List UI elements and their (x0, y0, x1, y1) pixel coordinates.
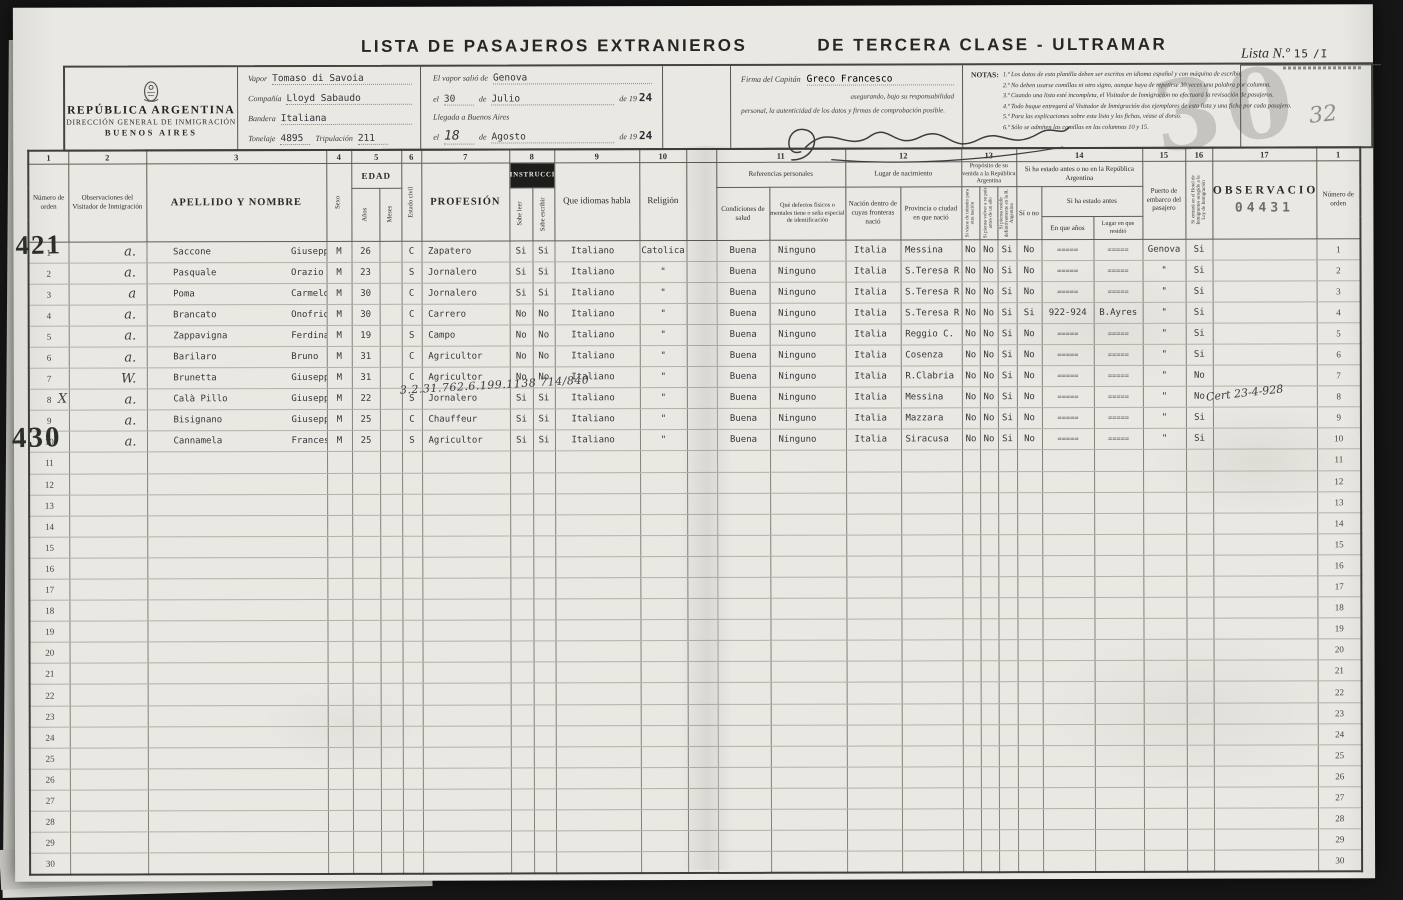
header-meses: Meses (379, 188, 401, 241)
cell-order-number-right: 25 (1318, 745, 1362, 766)
cell-idiomas (555, 493, 640, 514)
cell-si-no (1018, 766, 1043, 787)
cell-religion (640, 451, 687, 472)
cell-observaciones (1214, 618, 1318, 639)
cell-profesion (423, 726, 511, 747)
cell-nacion (847, 704, 902, 725)
cell-estado-civil (402, 494, 422, 515)
cell-observaciones (1213, 491, 1317, 512)
cell-provincia (901, 535, 962, 556)
cell-provincia (902, 788, 963, 809)
cell-salud (717, 556, 770, 577)
cell-estado-civil: C (402, 346, 422, 367)
cell-salud (717, 514, 770, 535)
cell-en-que-anos (1043, 640, 1095, 661)
cell-residir: Si (998, 281, 1017, 302)
cell-seam (688, 852, 718, 873)
cell-lugar-residio (1094, 450, 1143, 471)
cell-sexo: M (327, 410, 352, 431)
cell-nacion: Italia (845, 239, 900, 260)
cell-idiomas (556, 789, 641, 810)
cell-sabe-leer (510, 599, 533, 620)
cell-sabe-leer (510, 472, 533, 493)
cell-order-number-right: 26 (1318, 766, 1362, 787)
cell-visitador-mark (69, 579, 147, 600)
cell-seam (688, 683, 718, 704)
cell-observaciones (1214, 829, 1318, 850)
col-num: 7 (421, 149, 509, 162)
cell-order-number: 24 (30, 727, 70, 748)
cell-salud (718, 725, 771, 746)
cell-hotel (1186, 597, 1213, 618)
cell-transito (963, 767, 981, 788)
cell-salud: Buena (716, 240, 769, 261)
cell-transito (962, 450, 980, 471)
cell-religion (640, 514, 687, 535)
cell-volver: No (979, 239, 997, 260)
cell-visitador-mark: a. (69, 410, 147, 431)
cell-en-que-anos (1042, 492, 1094, 513)
cell-religion: " (640, 261, 687, 282)
cell-transito (963, 809, 981, 830)
cell-seam (688, 641, 718, 662)
cell-sabe-leer (511, 831, 534, 852)
header-instruccion: INSTRUCCIÓN (509, 162, 554, 187)
cell-order-number: 7 (29, 368, 69, 389)
cell-provincia (901, 471, 962, 492)
cell-religion (640, 578, 687, 599)
cell-visitador-mark (70, 748, 148, 769)
header-idiomas: Que idiomas habla (554, 162, 639, 240)
cell-meses (380, 283, 402, 304)
cell-residir (999, 830, 1018, 851)
cell-observaciones (1213, 555, 1317, 576)
cell-residir (998, 513, 1017, 534)
cell-idiomas: Italiano (555, 430, 640, 451)
cell-observaciones (1213, 449, 1317, 470)
cell-seam (687, 472, 717, 493)
cell-sabe-escribir: Si (533, 409, 555, 430)
header-observaciones: OBSERVACIONES 04431 (1212, 160, 1316, 238)
cell-si-no: No (1016, 239, 1041, 260)
cell-anos: 31 (352, 367, 380, 388)
cell-seam (688, 767, 718, 788)
cell-sabe-escribir: No (533, 325, 555, 346)
cell-hotel (1186, 492, 1213, 513)
cell-volver (980, 556, 998, 577)
cell-provincia (901, 556, 962, 577)
cell-hotel (1186, 450, 1213, 471)
cell-profesion: Zapatero (421, 240, 509, 261)
cell-sabe-leer (511, 662, 534, 683)
cell-hotel (1187, 787, 1214, 808)
cell-provincia (901, 577, 962, 598)
salida-year: 24 (639, 91, 652, 104)
cell-residir (998, 534, 1017, 555)
header-visitador: Observaciones del Visitador de Inmigraci… (68, 163, 146, 241)
cell-hotel (1187, 724, 1214, 745)
cell-salud (718, 767, 771, 788)
cell-profesion (423, 810, 511, 831)
cell-seam (687, 430, 717, 451)
cell-nacion: Italia (846, 345, 901, 366)
cell-en-que-anos (1043, 830, 1095, 851)
cell-apellido-nombre: BisignanoGiuseppe (147, 410, 327, 432)
cell-profesion: Jornalero (422, 283, 510, 304)
cell-religion: " (640, 409, 687, 430)
cell-lugar-residio (1095, 661, 1144, 682)
cell-nacion: Italia (846, 282, 901, 303)
cell-en-que-anos: ===== (1042, 429, 1094, 450)
cell-sabe-escribir (534, 726, 556, 747)
cell-puerto (1144, 682, 1187, 703)
cell-visitador-mark (69, 473, 147, 494)
cell-order-number-right: 21 (1318, 660, 1362, 681)
cell-anos (353, 705, 381, 726)
cell-order-number: 6 (29, 347, 69, 368)
handwritten-row8-mark: X (58, 392, 67, 407)
cell-lugar-residio (1095, 808, 1144, 829)
cell-defectos: Ninguno (770, 387, 846, 408)
voyage-info-block: El vapor salió deGenova el30 deJulio de … (420, 66, 662, 149)
cell-idiomas: Italiano (554, 240, 639, 261)
cell-religion (641, 683, 688, 704)
cell-estado-civil: S (402, 325, 422, 346)
cell-estado-civil (403, 789, 423, 810)
cell-hotel (1187, 703, 1214, 724)
cell-religion (641, 704, 688, 725)
cell-volver (981, 724, 999, 745)
cell-order-number: 15 (29, 537, 69, 558)
cell-defectos (771, 809, 847, 830)
cell-religion: " (640, 388, 687, 409)
cell-order-number-right: 17 (1317, 576, 1361, 597)
cell-nacion (847, 682, 902, 703)
cell-estado-civil (403, 705, 423, 726)
cell-defectos: Ninguno (769, 240, 845, 261)
cell-defectos (770, 577, 846, 598)
cell-residir (999, 661, 1018, 682)
cell-salud (717, 598, 770, 619)
cell-sabe-escribir (533, 451, 555, 472)
cell-transito: No (962, 281, 980, 302)
cell-estado-civil (402, 578, 422, 599)
cell-lugar-residio (1095, 766, 1144, 787)
cell-volver: No (980, 387, 998, 408)
cell-seam (688, 704, 718, 725)
cell-meses (380, 452, 402, 473)
cell-defectos (771, 725, 847, 746)
cell-anos (352, 621, 380, 642)
cell-hotel: Si (1186, 302, 1213, 323)
cell-apellido-nombre (148, 789, 328, 811)
cell-salud (718, 746, 771, 767)
cell-en-que-anos: ===== (1042, 281, 1094, 302)
cell-anos: 26 (351, 241, 379, 262)
cell-volver (981, 830, 999, 851)
cell-apellido-nombre (148, 705, 328, 727)
cell-hotel (1186, 513, 1213, 534)
cell-seam (687, 620, 717, 641)
cell-nacion: Italia (846, 366, 901, 387)
col-num: 17 (1212, 147, 1316, 160)
cell-defectos: Ninguno (770, 366, 846, 387)
cell-lugar-residio (1095, 703, 1144, 724)
cell-apellido-nombre (147, 494, 327, 516)
cell-nacion (846, 471, 901, 492)
cell-sexo: M (326, 241, 351, 262)
bandera-value: Italiana (281, 113, 412, 125)
header-si-ha-estado: Si ha estado antes (1041, 186, 1142, 217)
cell-observaciones (1214, 766, 1318, 787)
cell-idiomas (555, 557, 640, 578)
el-label: el (433, 133, 439, 142)
cell-sabe-leer (511, 789, 534, 810)
cell-transito (962, 556, 980, 577)
cell-visitador-mark (69, 452, 147, 473)
cell-transito (963, 830, 981, 851)
cell-salud (718, 809, 771, 830)
cell-puerto (1144, 639, 1187, 660)
cell-sabe-leer (511, 747, 534, 768)
cell-sabe-escribir (534, 662, 556, 683)
cell-lugar-residio: ===== (1093, 239, 1142, 260)
cell-defectos (771, 851, 847, 872)
table-row: 3030 (30, 850, 1362, 875)
cell-residir: Si (998, 387, 1017, 408)
cell-apellido-nombre (148, 642, 328, 664)
cell-nacion (847, 640, 902, 661)
cell-apellido-nombre (148, 726, 328, 748)
cell-volver (980, 492, 998, 513)
cell-lugar-residio: B.Ayres (1094, 302, 1143, 323)
cell-en-que-anos: ===== (1042, 260, 1094, 281)
cell-volver: No (980, 408, 998, 429)
cell-seam (687, 599, 717, 620)
cell-anos (353, 810, 381, 831)
header-salud: Condiciones de salud (716, 187, 769, 240)
cell-seam (688, 809, 718, 830)
cell-sexo (328, 789, 353, 810)
cell-provincia: Mazzara (901, 408, 962, 429)
cell-apellido-nombre (147, 600, 327, 622)
cell-sexo (327, 599, 352, 620)
cell-anos: 30 (352, 304, 380, 325)
cell-apellido-nombre (147, 452, 327, 474)
cell-meses (381, 768, 403, 789)
cell-volver (981, 851, 999, 872)
cell-provincia (901, 598, 962, 619)
cell-meses (381, 663, 403, 684)
cell-meses (380, 431, 402, 452)
header-edad: EDAD (351, 163, 401, 188)
cell-order-number-right: 13 (1317, 491, 1361, 512)
cell-estado-civil (402, 599, 422, 620)
cell-apellido-nombre (148, 684, 328, 706)
cell-idiomas: Italiano (555, 388, 640, 409)
cell-en-que-anos (1043, 661, 1095, 682)
cell-profesion (423, 789, 511, 810)
cell-hotel: No (1186, 365, 1213, 386)
cell-volver (981, 809, 999, 830)
cell-order-number: 28 (30, 811, 70, 832)
cell-estado-civil (402, 557, 422, 578)
cell-puerto (1143, 513, 1186, 534)
cell-anos (352, 515, 380, 536)
cell-defectos (771, 788, 847, 809)
cell-lugar-residio: ===== (1094, 386, 1143, 407)
cell-residir (999, 724, 1018, 745)
cell-lugar-residio (1094, 619, 1143, 640)
cell-profesion (423, 852, 511, 873)
cell-apellido-nombre: ZappavignaFerdinando (147, 325, 327, 347)
cell-sabe-leer (510, 557, 533, 578)
org-name: REPÚBLICA ARGENTINA (67, 104, 235, 116)
cell-seam (687, 282, 717, 303)
cell-volver: No (980, 345, 998, 366)
cell-sexo: M (327, 304, 352, 325)
cell-residir (998, 577, 1017, 598)
cell-provincia (901, 619, 962, 640)
cell-sexo (328, 684, 353, 705)
cell-residir: Si (998, 302, 1017, 323)
cell-defectos (771, 746, 847, 767)
cell-anos (352, 578, 380, 599)
cell-sabe-escribir: Si (533, 261, 555, 282)
cell-visitador-mark (70, 663, 148, 684)
cell-order-number: 5 (29, 326, 69, 347)
cell-provincia: Cosenza (901, 345, 962, 366)
cell-lugar-residio: ===== (1094, 323, 1143, 344)
cell-order-number: 13 (29, 495, 69, 516)
cell-volver (981, 682, 999, 703)
cell-order-number-right: 3 (1317, 280, 1361, 301)
cell-salud (717, 619, 770, 640)
header-residir: Si piensa residir definitivamente en la … (997, 186, 1016, 239)
llegada-label: Llegada a Buenos Aires (433, 112, 509, 121)
cell-order-number: 30 (30, 853, 70, 874)
cell-religion: " (640, 345, 687, 366)
cell-estado-civil (402, 536, 422, 557)
cell-provincia: Siracusa (901, 429, 962, 450)
cell-profesion (422, 473, 510, 494)
cell-provincia (902, 703, 963, 724)
cell-order-number-right: 24 (1318, 723, 1362, 744)
cell-order-number: 2 (29, 263, 69, 284)
cell-lugar-residio: ===== (1094, 344, 1143, 365)
cell-puerto (1144, 724, 1187, 745)
cell-si-no (1017, 471, 1042, 492)
cell-salud (718, 662, 771, 683)
cell-transito (962, 619, 980, 640)
cell-salud: Buena (717, 324, 770, 345)
cell-sabe-leer: Si (510, 262, 533, 283)
lista-label: Lista N.º (1241, 46, 1290, 61)
col-num: 10 (639, 149, 686, 162)
cell-visitador-mark: a. (69, 347, 147, 368)
cell-defectos: Ninguno (770, 345, 846, 366)
cell-order-number-right: 20 (1318, 639, 1362, 660)
cell-lugar-residio: ===== (1094, 429, 1143, 450)
cell-nacion (847, 725, 902, 746)
cell-anos (353, 789, 381, 810)
cell-sabe-leer (510, 578, 533, 599)
cell-puerto (1144, 829, 1187, 850)
cell-order-number: 26 (30, 769, 70, 790)
cell-seam (688, 788, 718, 809)
cell-puerto: " (1143, 281, 1186, 302)
cell-si-no (1017, 534, 1042, 555)
cell-nacion (846, 619, 901, 640)
cell-hotel (1187, 829, 1214, 850)
cell-lugar-residio (1094, 555, 1143, 576)
cell-sexo (327, 621, 352, 642)
cell-visitador-mark: a. (69, 263, 147, 284)
cell-order-number-right: 30 (1318, 850, 1362, 871)
cell-seam (688, 831, 718, 852)
cell-sexo (327, 494, 352, 515)
cell-visitador-mark (70, 642, 148, 663)
cell-seam (687, 345, 717, 366)
header-religion: Religión (639, 162, 686, 240)
cell-estado-civil (402, 620, 422, 641)
de-label: de (479, 95, 487, 104)
cell-defectos (771, 640, 847, 661)
cell-defectos (770, 598, 846, 619)
cell-apellido-nombre (147, 578, 327, 600)
cell-profesion (423, 831, 511, 852)
cell-profesion: Campo (422, 325, 510, 346)
cell-order-number-right: 19 (1318, 618, 1362, 639)
cell-lugar-residio (1094, 534, 1143, 555)
cell-order-number-right: 2 (1317, 259, 1361, 280)
cell-visitador-mark (70, 790, 148, 811)
cell-meses (380, 262, 402, 283)
cell-idiomas (555, 514, 640, 535)
cell-sabe-leer: No (510, 325, 533, 346)
cell-salud (718, 704, 771, 725)
cell-nacion: Italia (846, 408, 901, 429)
cell-apellido-nombre (147, 473, 327, 495)
cell-observaciones (1213, 534, 1317, 555)
cell-provincia (902, 661, 963, 682)
cell-puerto: " (1143, 365, 1186, 386)
cell-residir (998, 598, 1017, 619)
cell-si-no (1018, 809, 1043, 830)
cell-meses (381, 747, 403, 768)
cell-order-number: 11 (29, 453, 69, 474)
cell-profesion (423, 705, 511, 726)
cell-hotel: Si (1186, 428, 1213, 449)
cell-puerto (1144, 808, 1187, 829)
cell-religion (641, 641, 688, 662)
cell-visitador-mark: W. (69, 368, 147, 389)
cell-observaciones (1213, 576, 1317, 597)
cell-puerto: Genova (1143, 239, 1186, 260)
cell-idiomas (555, 578, 640, 599)
cell-transito (963, 724, 981, 745)
cell-meses (381, 831, 403, 852)
cell-idiomas (556, 641, 641, 662)
cell-meses (380, 578, 402, 599)
cell-seam (687, 451, 717, 472)
cell-religion (640, 493, 687, 514)
cell-sexo: M (327, 262, 352, 283)
header-row-groups: Número de orden Observaciones del Visita… (28, 160, 1360, 188)
cell-anos: 19 (352, 325, 380, 346)
cell-sabe-leer: Si (510, 388, 533, 409)
cell-hotel (1186, 471, 1213, 492)
